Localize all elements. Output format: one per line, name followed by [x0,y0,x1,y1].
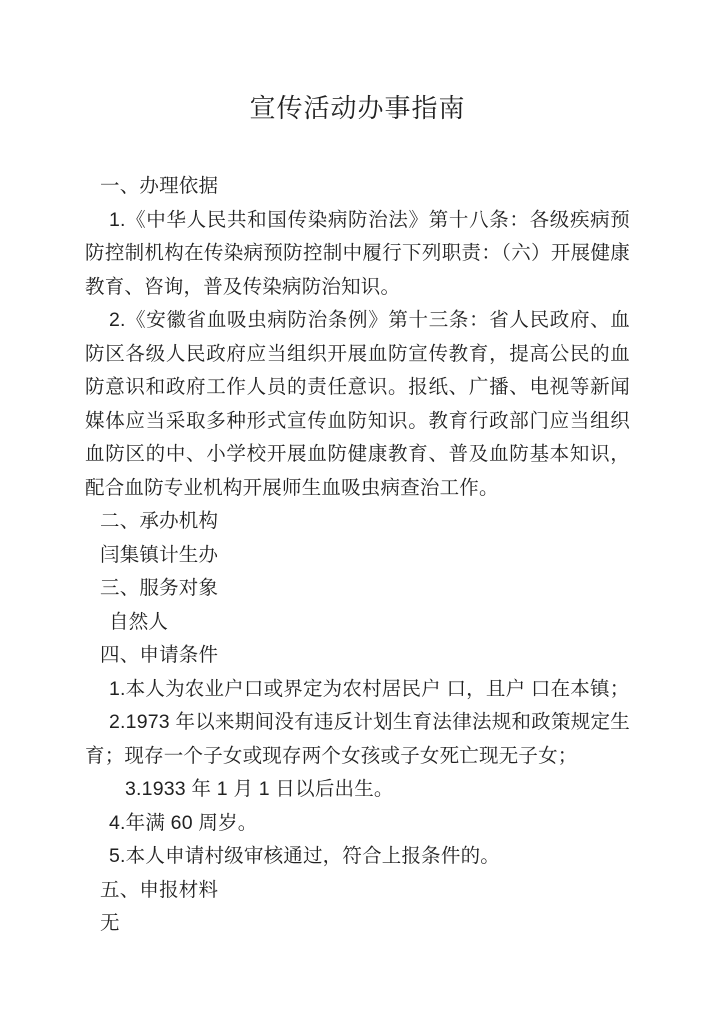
section-heading-handling-basis: 一、办理依据 [85,170,630,204]
section-heading-service-target: 三、服务对象 [85,572,630,606]
value-service-target: 自然人 [85,606,630,640]
value-application-materials: 无 [85,907,630,941]
condition-item-1: 1.本人为农业户口或界定为农村居民户 口，且户 口在本镇； [85,673,630,707]
condition-item-2: 2.1973 年以来期间没有违反计划生育法律法规和政策规定生育；现存一个子女或现… [85,706,630,773]
section-heading-undertaking-agency: 二、承办机构 [85,505,630,539]
document-title: 宣传活动办事指南 [85,88,630,128]
para-anhui-schistosomiasis-regulation: 2.《安徽省血吸虫病防治条例》第十三条：省人民政府、血防区各级人民政府应当组织开… [85,304,630,505]
condition-item-5: 5.本人申请村级审核通过，符合上报条件的。 [85,840,630,874]
condition-item-3: 3.1933 年 1 月 1 日以后出生。 [85,773,630,807]
condition-item-4: 4.年满 60 周岁。 [85,807,630,841]
section-heading-application-materials: 五、申报材料 [85,874,630,908]
para-infectious-disease-law: 1.《中华人民共和国传染病防治法》第十八条：各级疾病预防控制机构在传染病预防控制… [85,204,630,305]
document-page: 宣传活动办事指南 一、办理依据 1.《中华人民共和国传染病防治法》第十八条：各级… [0,0,715,1011]
section-heading-application-conditions: 四、申请条件 [85,639,630,673]
value-undertaking-agency: 闫集镇计生办 [85,539,630,573]
